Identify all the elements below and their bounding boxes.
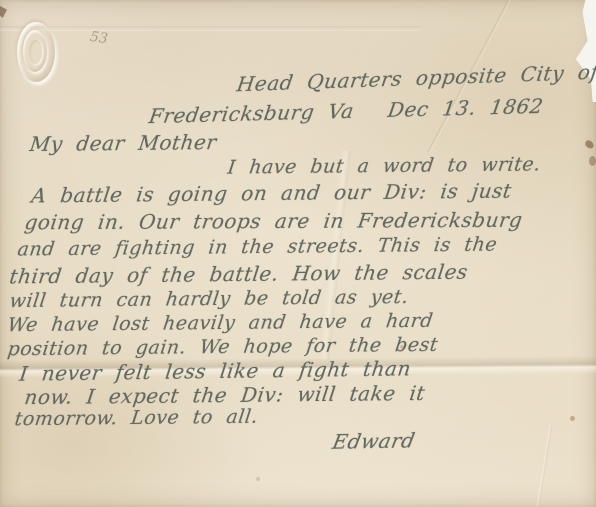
heading-date: Dec 13. 1862 bbox=[386, 94, 545, 122]
letter-line: going in. Our troops are in Fredericksbu… bbox=[23, 208, 524, 235]
foxing-spot bbox=[570, 416, 575, 421]
embossed-seal-center bbox=[29, 40, 42, 64]
crease-top bbox=[0, 26, 420, 31]
letter-line: A battle is going on and our Div: is jus… bbox=[30, 178, 513, 207]
letter-line: will turn can hardly be told as yet. bbox=[8, 286, 410, 312]
letter-line: tomorrow. Love to all. bbox=[13, 406, 259, 431]
letter-scan: 53 Head Quarters opposite City of Freder… bbox=[0, 0, 596, 507]
foxing-spot bbox=[256, 477, 260, 481]
signature-text: Edward bbox=[331, 428, 418, 453]
letter-line: third day of the battle. How the scales bbox=[8, 260, 469, 289]
foxing-spot bbox=[589, 156, 596, 166]
letter-line: I have but a word to write. bbox=[226, 153, 542, 178]
embossed-seal-icon bbox=[17, 22, 55, 82]
pencil-mark: 53 bbox=[89, 29, 109, 47]
letter-line: now. I expect the Div: will take it bbox=[23, 381, 427, 409]
salutation: My dear Mother bbox=[28, 130, 218, 156]
letter-line: We have lost heavily and have a hard bbox=[6, 310, 434, 336]
